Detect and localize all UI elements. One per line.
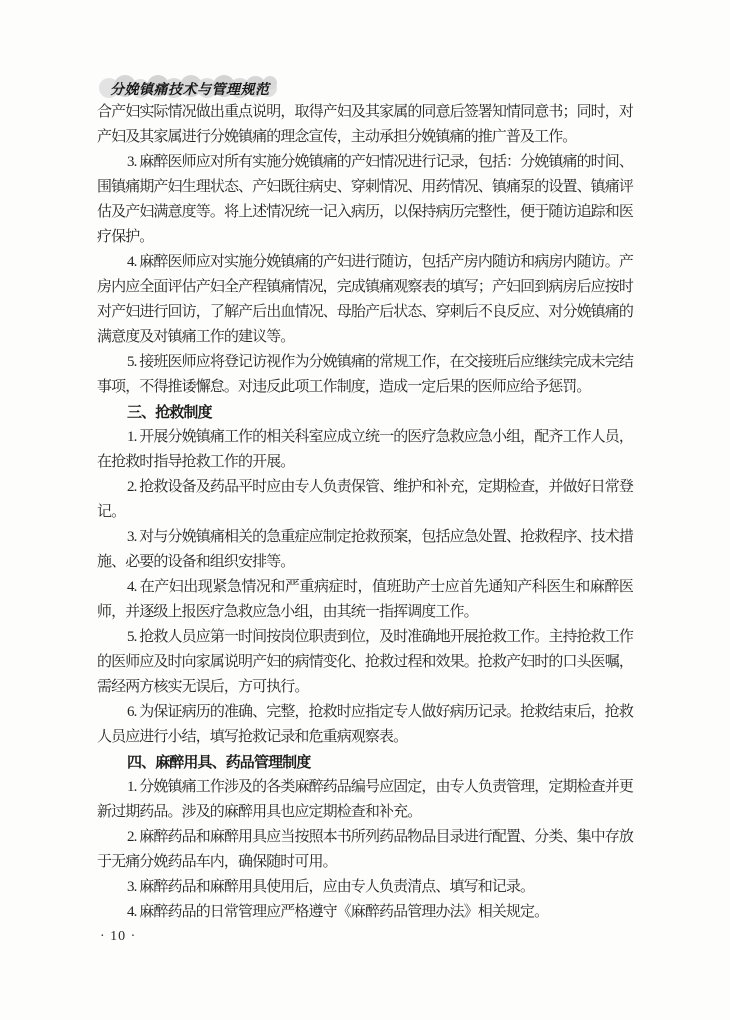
section-heading: 四、麻醉用具、药品管理制度 <box>97 750 633 775</box>
page-number: · 10 · <box>100 929 136 945</box>
numbered-paragraph: 5. 抢救人员应第一时间按岗位职责到位，及时准确地开展抢救工作。主持抢救工作的医… <box>97 625 633 700</box>
paragraph-continuation: 合产妇实际情况做出重点说明，取得产妇及其家属的同意后签署知情同意书；同时，对产妇… <box>97 100 633 150</box>
numbered-paragraph: 5. 接班医师应将登记访视作为分娩镇痛的常规工作，在交接班后应继续完成未完结事项… <box>97 350 633 400</box>
numbered-paragraph: 4. 麻醉药品的日常管理应严格遵守《麻醉药品管理办法》相关规定。 <box>97 900 633 925</box>
numbered-paragraph: 4. 在产妇出现紧急情况和严重病症时，值班助产士应首先通知产科医生和麻醉医师，并… <box>97 575 633 625</box>
numbered-paragraph: 4. 麻醉医师应对实施分娩镇痛的产妇进行随访，包括产房内随访和病房内随访。产房内… <box>97 250 633 350</box>
numbered-paragraph: 2. 抢救设备及药品平时应由专人负责保管、维护和补充，定期检查，并做好日常登记。 <box>97 475 633 525</box>
section-heading: 三、抢救制度 <box>97 400 633 425</box>
numbered-paragraph: 1. 分娩镇痛工作涉及的各类麻醉药品编号应固定，由专人负责管理，定期检查并更新过… <box>97 775 633 825</box>
numbered-paragraph: 1. 开展分娩镇痛工作的相关科室应成立统一的医疗急救应急小组，配齐工作人员，在抢… <box>97 425 633 475</box>
numbered-paragraph: 2. 麻醉药品和麻醉用具应当按照本书所列药品物品目录进行配置、分类、集中存放于无… <box>97 825 633 875</box>
running-head-title: 分娩镇痛技术与管理规范 <box>110 79 270 99</box>
body-text: 合产妇实际情况做出重点说明，取得产妇及其家属的同意后签署知情同意书；同时，对产妇… <box>97 100 633 925</box>
book-page: 分娩镇痛技术与管理规范 合产妇实际情况做出重点说明，取得产妇及其家属的同意后签署… <box>0 0 730 1020</box>
numbered-paragraph: 3. 麻醉医师应对所有实施分娩镇痛的产妇情况进行记录，包括：分娩镇痛的时间、围镇… <box>97 150 633 250</box>
numbered-paragraph: 3. 对与分娩镇痛相关的急重症应制定抢救预案，包括应急处置、抢救程序、技术措施、… <box>97 525 633 575</box>
numbered-paragraph: 6. 为保证病历的准确、完整，抢救时应指定专人做好病历记录。抢救结束后，抢救人员… <box>97 700 633 750</box>
numbered-paragraph: 3. 麻醉药品和麻醉用具使用后，应由专人负责清点、填写和记录。 <box>97 875 633 900</box>
